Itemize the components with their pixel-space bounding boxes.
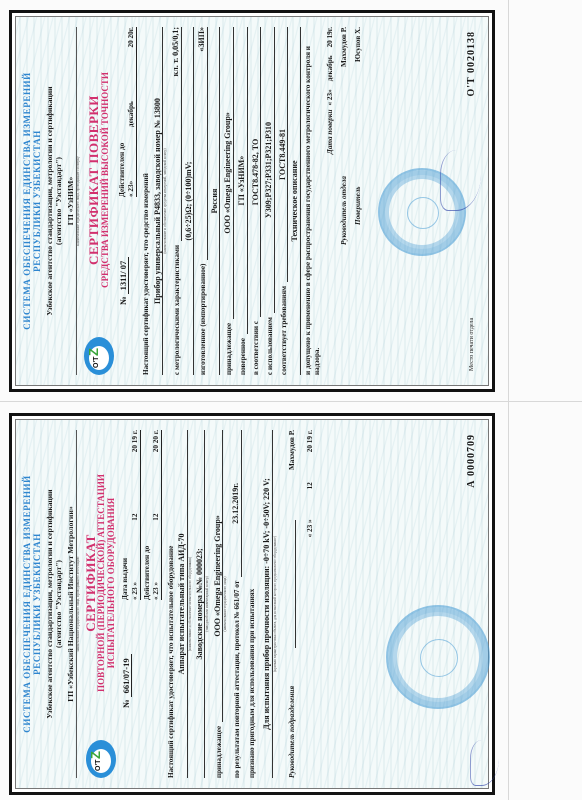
equipment: Аппарат испытательный типа АИД-70 [177,430,188,778]
valid-year: 20 20 г. [152,430,161,452]
valid-until-label: Действителен до [118,27,127,197]
verifier-value: ГП «УзНИМ» [237,27,248,334]
owner-label: принадлежащее [215,726,224,778]
verification-year: 20 19г. [326,27,335,47]
attestation-certificate: СИСТЕМА ОБЕСПЕЧЕНИЯ ЕДИНСТВА ИЗМЕРЕНИЙ Р… [9,413,495,795]
system-header: СИСТЕМА ОБЕСПЕЧЕНИЯ ЕДИНСТВА ИЗМЕРЕНИЙ Р… [22,27,43,375]
head-label: Руководитель подразделения [288,648,297,778]
protocol-text: по результатам повторной аттестации, про… [233,581,242,778]
accordance-field: в соответствии с ГОСТ8.478-82, ТО [251,27,262,375]
number-value: 1311/ 07 [118,257,129,295]
head-name: Махмудов Р. [288,430,297,520]
owner-field: принадлежащее ООО «Omega Engineering Gro… [223,27,234,375]
using-field: с использованием У309;Р327;Р331;Р321;Р31… [264,27,275,375]
purpose-caption: (краткая характеристика объекта, для исп… [274,430,278,778]
title-row: O'T Z СЕРТИФИКАТ ПОВЕРКИ СРЕДСТВА ИЗМЕРЕ… [84,27,114,375]
verifier-label: поверенное [239,338,248,375]
tech-description: Техническое описание [290,27,301,375]
protocol-date: 23.12.2019г. [231,430,242,577]
sheet-divider-vertical [508,0,509,800]
logo-text: O'T [95,760,103,771]
head-signature-line [287,520,296,648]
agency-name: Узбекское агентство стандартизации, метр… [45,430,63,778]
metrological-field: с метрологическими характеристиками кл. … [171,27,182,375]
dates: Дата выдачи « 23 » 12 20 19 г. Действите… [121,430,164,600]
agency-line-2: (агентство "Узстандарт") [54,27,63,375]
agency-line-1: Узбекское агентство стандартизации, метр… [45,430,54,778]
instrument: Прибор универсальный Р4833, заводской но… [153,27,164,375]
serial-number: А 0000709 [466,434,478,488]
owner-label: принадлежащее [225,323,234,375]
head-signature-row: Руководитель подразделения Махмудов Р. [287,430,296,778]
fit-text: признано пригодным для использования при… [248,430,257,778]
valid-month: 12 [152,514,161,521]
agency-line-1: Узбекское агентство стандартизации, метр… [45,27,54,375]
system-header: СИСТЕМА ОБЕСПЕЧЕНИЯ ЕДИНСТВА ИЗМЕРЕНИЙ Р… [22,430,43,778]
manufacturer: «ЗИП» [197,27,208,260]
verification-day: « 23» [326,89,335,105]
complies-field: соответствует требованиям ГОСТ8.449-81 [278,27,289,375]
number-value: 661/07-19 [121,654,132,697]
logo-z-mark: Z [86,348,102,356]
sign-date-row: « 23 » 12 20 19 г. [306,430,315,778]
header-line-1: СИСТЕМА ОБЕСПЕЧЕНИЯ ЕДИНСТВА ИЗМЕРЕНИЙ [22,27,32,375]
serial-numbers: Заводские номера №№ 000023; [195,430,206,778]
issue-month: 12 [131,514,140,521]
head-signature-row: Руководитель отдела Махмудов Р. [340,27,349,375]
agency-line-2: (агентство "Узстандарт") [54,430,63,778]
using-value: У309;Р327;Р331;Р321;Р310 [264,27,275,313]
seal-place-label: Место печати отдела [469,318,476,371]
issue-day: « 23 » [131,582,140,600]
admitted-text: и допущено к применению в сфере распрост… [304,27,321,375]
owner-value: ООО «Omega Engineering Group» [213,430,224,722]
valid-until-date: « 23» декабрь 20 20г. [127,27,137,197]
number-row: № 1311/ 07 Действителен до « 23» декабрь… [118,27,139,375]
country: Россия [210,27,221,375]
issue-date: « 23 » 12 20 19 г. [131,430,141,600]
valid-until-label: Действителен до [143,430,152,600]
ranges: (0,6÷25)Ω; (0÷100)mV; [184,27,195,375]
using-label: с использованием [266,317,275,375]
certificate-titles: СЕРТИФИКАТ ПОВЕРКИ СРЕДСТВА ИЗМЕРЕНИЙ ВЫ… [87,27,111,333]
owner-field: принадлежащее ООО «Omega Engineering Gro… [213,430,224,778]
verifier-person-label: Поверитель [354,108,363,225]
official-stamp-icon [386,605,490,709]
intro-text: Настоящий сертификат удостоверяет, что и… [167,430,176,778]
accordance-label: в соответствии с [252,321,261,375]
signature-block: Дата поверки « 23» декабрь 20 19г. Руков… [326,27,363,375]
number-row: № 661/07-19 Дата выдачи « 23 » 12 20 19 … [121,430,164,778]
certificate-number: № 661/07-19 [121,608,131,708]
head-label: Руководитель отдела [340,116,349,245]
uzstandard-logo-icon: O'T Z [84,337,114,375]
owner-value: ООО «Omega Engineering Group» [223,27,234,319]
certificate-title: СЕРТИФИКАТ [84,430,98,736]
valid-year: 20 20г. [127,27,136,47]
organization: ГП «Узбекский Национальный Институт Метр… [66,430,75,778]
certificate-number: № 1311/ 07 [118,205,128,305]
sign-year: 20 19 г. [306,430,315,452]
metrological-value: кл. т. 0,05/0,1; [171,27,182,241]
verification-date-label: Дата поверки [326,109,335,154]
certificate-subtitle: ПОВТОРНОЙ (ПЕРИОДИЧЕСКОЙ) АТТЕСТАЦИИ ИСП… [97,430,117,736]
number-label: № [118,296,128,305]
intro-text: Настоящий сертификат удостоверяет, что с… [142,27,151,375]
valid-month: декабрь [127,101,136,127]
header-line-2: РЕСПУБЛИКИ УЗБЕКИСТАН [32,27,42,375]
header-line-2: РЕСПУБЛИКИ УЗБЕКИСТАН [32,430,42,778]
purpose: Для испытания прибор прочности изоляции:… [262,430,273,778]
protocol-field: по результатам повторной аттестации, про… [231,430,242,778]
header-line-1: СИСТЕМА ОБЕСПЕЧЕНИЯ ЕДИНСТВА ИЗМЕРЕНИЙ [22,430,32,778]
sheet-divider-horizontal [0,401,582,402]
certificate-title: СЕРТИФИКАТ ПОВЕРКИ [87,27,101,333]
instrument-caption: (наименование и обозначение средства изм… [164,27,168,375]
logo-z-mark: Z [88,751,104,759]
logo-text: O'T [93,357,101,368]
certificate-titles: СЕРТИФИКАТ ПОВТОРНОЙ (ПЕРИОДИЧЕСКОЙ) АТТ… [84,430,117,736]
verifier-signature-row: Поверитель Юсупов Х. [354,27,363,375]
complies-value: ГОСТ8.449-81 [278,27,289,282]
accordance-value: ГОСТ8.478-82, ТО [251,27,262,317]
sign-month: 12 [306,482,315,489]
owner-caption: (наименование юридического лица) [224,430,228,778]
uzstandard-logo-icon: O'T Z [86,740,116,778]
manufactured-label: изготовленное (импортированное) [199,264,208,375]
verification-date-row: Дата поверки « 23» декабрь 20 19г. [326,27,335,375]
validity: Действителен до « 23» декабрь 20 20г. [118,27,139,197]
valid-day: « 23» [127,181,136,197]
verifier-field: поверенное ГП «УзНИМ» [237,27,248,375]
metrological-label: с метрологическими характеристиками [173,245,182,375]
certificate-body: СИСТЕМА ОБЕСПЕЧЕНИЯ ЕДИНСТВА ИЗМЕРЕНИЙ Р… [15,419,489,789]
equipment-caption: (наименование и обозначение испытательно… [189,430,193,778]
sign-day: « 23 » [306,519,315,537]
number-label: № [121,699,131,708]
organization-caption: наименование юридического лица, проводив… [76,430,81,778]
title-row: O'T Z СЕРТИФИКАТ ПОВТОРНОЙ (ПЕРИОДИЧЕСКО… [84,430,117,778]
valid-until-date: « 23 » 12 20 20 г. [152,430,162,600]
serial-number: O'T 0020138 [466,31,478,97]
issue-date-label: Дата выдачи [121,430,130,600]
verifier-person-name: Юсупов Х. [354,27,363,108]
head-name: Махмудов Р. [340,27,349,116]
organization: ГП «УзНИМ» [66,27,75,375]
complies-label: соответствует требованиям [280,286,289,375]
signature-block: Руководитель подразделения Махмудов Р. «… [287,430,315,778]
organization-caption: наименование юридического лица, проводив… [76,27,81,375]
serials-caption: (заводской или инвентарный номер) [206,430,210,778]
agency-name: Узбекское агентство стандартизации, метр… [45,27,63,375]
manufactured-field: изготовленное (импортированное) «ЗИП» [197,27,208,375]
certificate-subtitle: СРЕДСТВА ИЗМЕРЕНИЙ ВЫСОКОЙ ТОЧНОСТИ [101,27,111,333]
valid-day: « 23 » [152,582,161,600]
verification-month: декабрь [326,55,335,81]
issue-year: 20 19 г. [131,430,140,452]
